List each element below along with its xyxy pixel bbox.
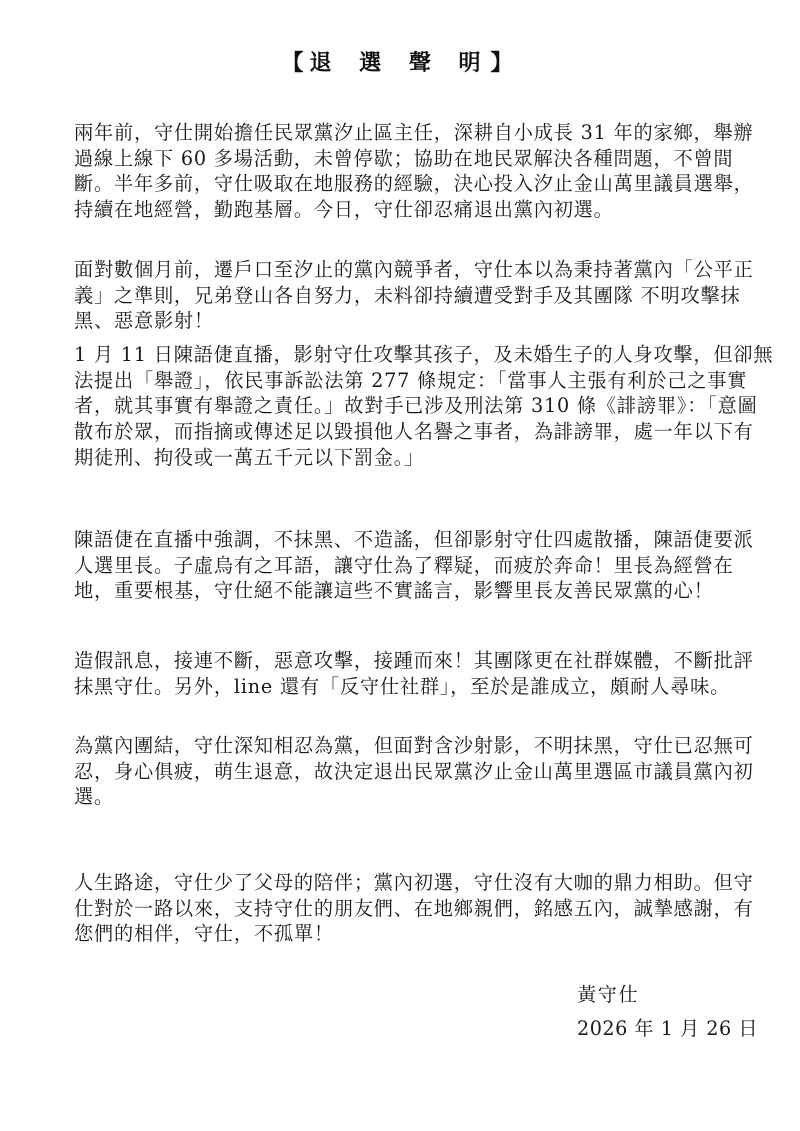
document-page: 【退 選 聲 明】 兩年前，守仕開始擔任民眾黨汐止區主任，深耕自小成長 31 年… xyxy=(0,0,800,1131)
title-text: 退 選 聲 明 xyxy=(310,50,491,76)
signature-date: 2026 年 1 月 26 日 xyxy=(577,1016,758,1042)
paragraph-line: 法提出「舉證」，依民事訴訟法第 277 條規定：「當事人主張有利於己之事實 xyxy=(74,368,736,394)
paragraph-line: 面對數個月前，遷戶口至汐止的黨內競爭者，守仕本以為秉持著黨內「公平正 xyxy=(74,257,736,283)
paragraph-decision: 為黨內團結，守仕深知相忍為黨，但面對含沙射影，不明抹黑，守仕已忍無可 忍，身心俱… xyxy=(74,733,736,810)
paragraph-line: 為黨內團結，守仕深知相忍為黨，但面對含沙射影，不明抹黑，守仕已忍無可 xyxy=(74,733,736,759)
paragraph-legal: 1 月 11 日陳語倢直播，影射守仕攻擊其孩子，及未婚生子的人身攻擊，但卻無 法… xyxy=(74,342,736,471)
paragraph-line: 忍，身心俱疲，萌生退意，故決定退出民眾黨汐止金山萬里選區市議員黨內初 xyxy=(74,759,736,785)
paragraph-misinformation: 造假訊息，接連不斷，惡意攻擊，接踵而來！其團隊更在社群媒體，不斷批評 抹黑守仕。… xyxy=(74,648,736,699)
paragraph-line: 人選里長。子虛烏有之耳語，讓守仕為了釋疑，而疲於奔命！里長為經營在 xyxy=(74,553,736,579)
paragraph-line: 仕對於一路以來，支持守仕的朋友們、在地鄉親們，銘感五內，誠摯感謝，有 xyxy=(74,896,736,922)
signature-name: 黃守仕 xyxy=(577,982,639,1008)
paragraph-background: 兩年前，守仕開始擔任民眾黨汐止區主任，深耕自小成長 31 年的家鄉，舉辦 過線上… xyxy=(74,120,736,223)
paragraph-line: 過線上線下 60 多場活動，未曾停歇；協助在地民眾解決各種問題，不曾間 xyxy=(74,146,736,172)
paragraph-thanks: 人生路途，守仕少了父母的陪伴；黨內初選，守仕沒有大咖的鼎力相助。但守 仕對於一路… xyxy=(74,870,736,947)
paragraph-line: 期徒刑、拘役或一萬五千元以下罰金。」 xyxy=(74,445,736,471)
paragraph-line: 兩年前，守仕開始擔任民眾黨汐止區主任，深耕自小成長 31 年的家鄉，舉辦 xyxy=(74,120,736,146)
paragraph-line: 地，重要根基，守仕絕不能讓這些不實謠言，影響里長友善民眾黨的心！ xyxy=(74,578,736,604)
paragraph-line: 義」之準則，兄弟登山各自努力，未料卻持續遭受對手及其團隊 不明攻擊抹 xyxy=(74,283,736,309)
document-title: 【退 選 聲 明】 xyxy=(0,46,800,80)
paragraph-line: 斷。半年多前，守仕吸取在地服務的經驗，決心投入汐止金山萬里議員選舉， xyxy=(74,171,736,197)
paragraph-line: 散布於眾，而指摘或傳述足以毀損他人名譽之事者，為誹謗罪，處一年以下有 xyxy=(74,419,736,445)
paragraph-livestream: 陳語倢在直播中強調，不抹黑、不造謠，但卻影射守仕四處散播，陳語倢要派 人選里長。… xyxy=(74,527,736,604)
paragraph-line: 您們的相伴，守仕，不孤單！ xyxy=(74,921,736,947)
title-close-bracket: 】 xyxy=(490,50,518,76)
paragraph-line: 抹黑守仕。另外，line 還有「反守仕社群」，至於是誰成立，頗耐人尋味。 xyxy=(74,674,736,700)
paragraph-line: 黑、惡意影射！ xyxy=(74,308,736,334)
paragraph-line: 持續在地經營，勤跑基層。今日，守仕卻忍痛退出黨內初選。 xyxy=(74,197,736,223)
paragraph-line: 人生路途，守仕少了父母的陪伴；黨內初選，守仕沒有大咖的鼎力相助。但守 xyxy=(74,870,736,896)
paragraph-competitor: 面對數個月前，遷戶口至汐止的黨內競爭者，守仕本以為秉持著黨內「公平正 義」之準則… xyxy=(74,257,736,334)
paragraph-line: 1 月 11 日陳語倢直播，影射守仕攻擊其孩子，及未婚生子的人身攻擊，但卻無 xyxy=(74,342,736,368)
paragraph-line: 選。 xyxy=(74,784,736,810)
paragraph-line: 者，就其事實有舉證之責任。」故對手已涉及刑法第 310 條《誹謗罪》：「意圖 xyxy=(74,393,736,419)
title-open-bracket: 【 xyxy=(281,50,309,76)
paragraph-line: 陳語倢在直播中強調，不抹黑、不造謠，但卻影射守仕四處散播，陳語倢要派 xyxy=(74,527,736,553)
paragraph-line: 造假訊息，接連不斷，惡意攻擊，接踵而來！其團隊更在社群媒體，不斷批評 xyxy=(74,648,736,674)
